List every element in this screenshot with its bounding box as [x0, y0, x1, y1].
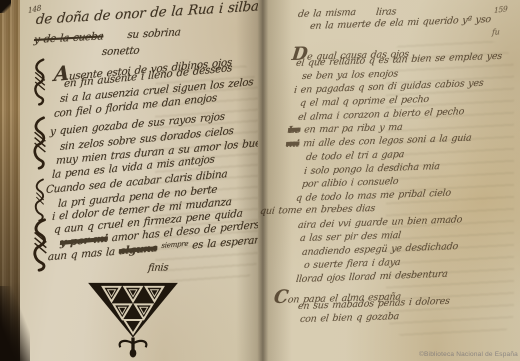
- dedication: su sobrina: [127, 26, 181, 41]
- manuscript-photo: 148 de doña de onor de la Rua i silba y …: [0, 0, 520, 361]
- interlinear-correction: siempre: [161, 239, 188, 250]
- poem-line-text: mi alle des con legos soni a la guia: [303, 133, 473, 150]
- blotted-word: Le: [287, 125, 301, 136]
- genre-label: liras: [375, 6, 396, 18]
- library-watermark: ©Biblioteca Nacional de España: [419, 351, 518, 358]
- poem-line: qui tome en brebes dias: [259, 203, 375, 217]
- poem-subheading: y de la cueba su sobrina: [33, 26, 181, 46]
- poem-line-text: aun q mas la: [48, 246, 116, 263]
- poem-line: Le en mar pa riba y ma: [287, 122, 403, 136]
- poem-line: q de todo lo mas me pribal cielo: [295, 188, 451, 204]
- finis-mark: finis: [147, 262, 168, 274]
- poem-line: por alibio i consuelo: [301, 176, 399, 190]
- triangle-knot-ornament-icon: [84, 279, 182, 359]
- folio-number: 159: [494, 4, 508, 15]
- poem-heading: de la misma: [297, 7, 356, 20]
- quire-mark: fu: [492, 27, 500, 37]
- poem-line: a las ser pir des mial: [299, 230, 401, 244]
- photo-background-corner: [0, 0, 11, 13]
- poem-line: se ben ya los enojos: [301, 68, 398, 82]
- poem-line: i solo pongo la desdicha mia: [303, 161, 440, 177]
- calligraphic-initial-icon: [28, 218, 52, 272]
- poem-line-text: en mar pa riba y ma: [304, 122, 404, 136]
- poem-line: llorad ojos llorad mi desbentura: [295, 269, 448, 285]
- poem-line: de todo el tri a gapa: [305, 149, 404, 163]
- left-page: 148 de doña de onor de la Rua i silba y …: [20, 0, 260, 361]
- right-page: de la misma liras en la muerte de ela mi…: [258, 0, 520, 361]
- bottom-left-shadow: [0, 286, 30, 361]
- poem-line: o suerte fiera i daya: [303, 257, 401, 271]
- blotted-word: alguna: [119, 242, 158, 257]
- poem-line: anadiendo espegü ye desdichado: [301, 241, 458, 258]
- poem-heading: de doña de onor de la Rua i silba: [35, 0, 259, 28]
- calligraphic-initial-icon: [28, 116, 52, 170]
- poem-line: con el bien q gozaba: [299, 311, 399, 325]
- calligraphic-initial-icon: [28, 58, 52, 106]
- blotted-word: mi: [285, 139, 299, 151]
- poem-line: aira dei vvi guarde un bien amado: [297, 214, 462, 231]
- struck-words: y de la cueba: [33, 30, 103, 46]
- poem-line: el alma i corazon a bierto el pecho: [297, 106, 464, 123]
- poem-line: q el mal q oprime el pecho: [299, 94, 429, 109]
